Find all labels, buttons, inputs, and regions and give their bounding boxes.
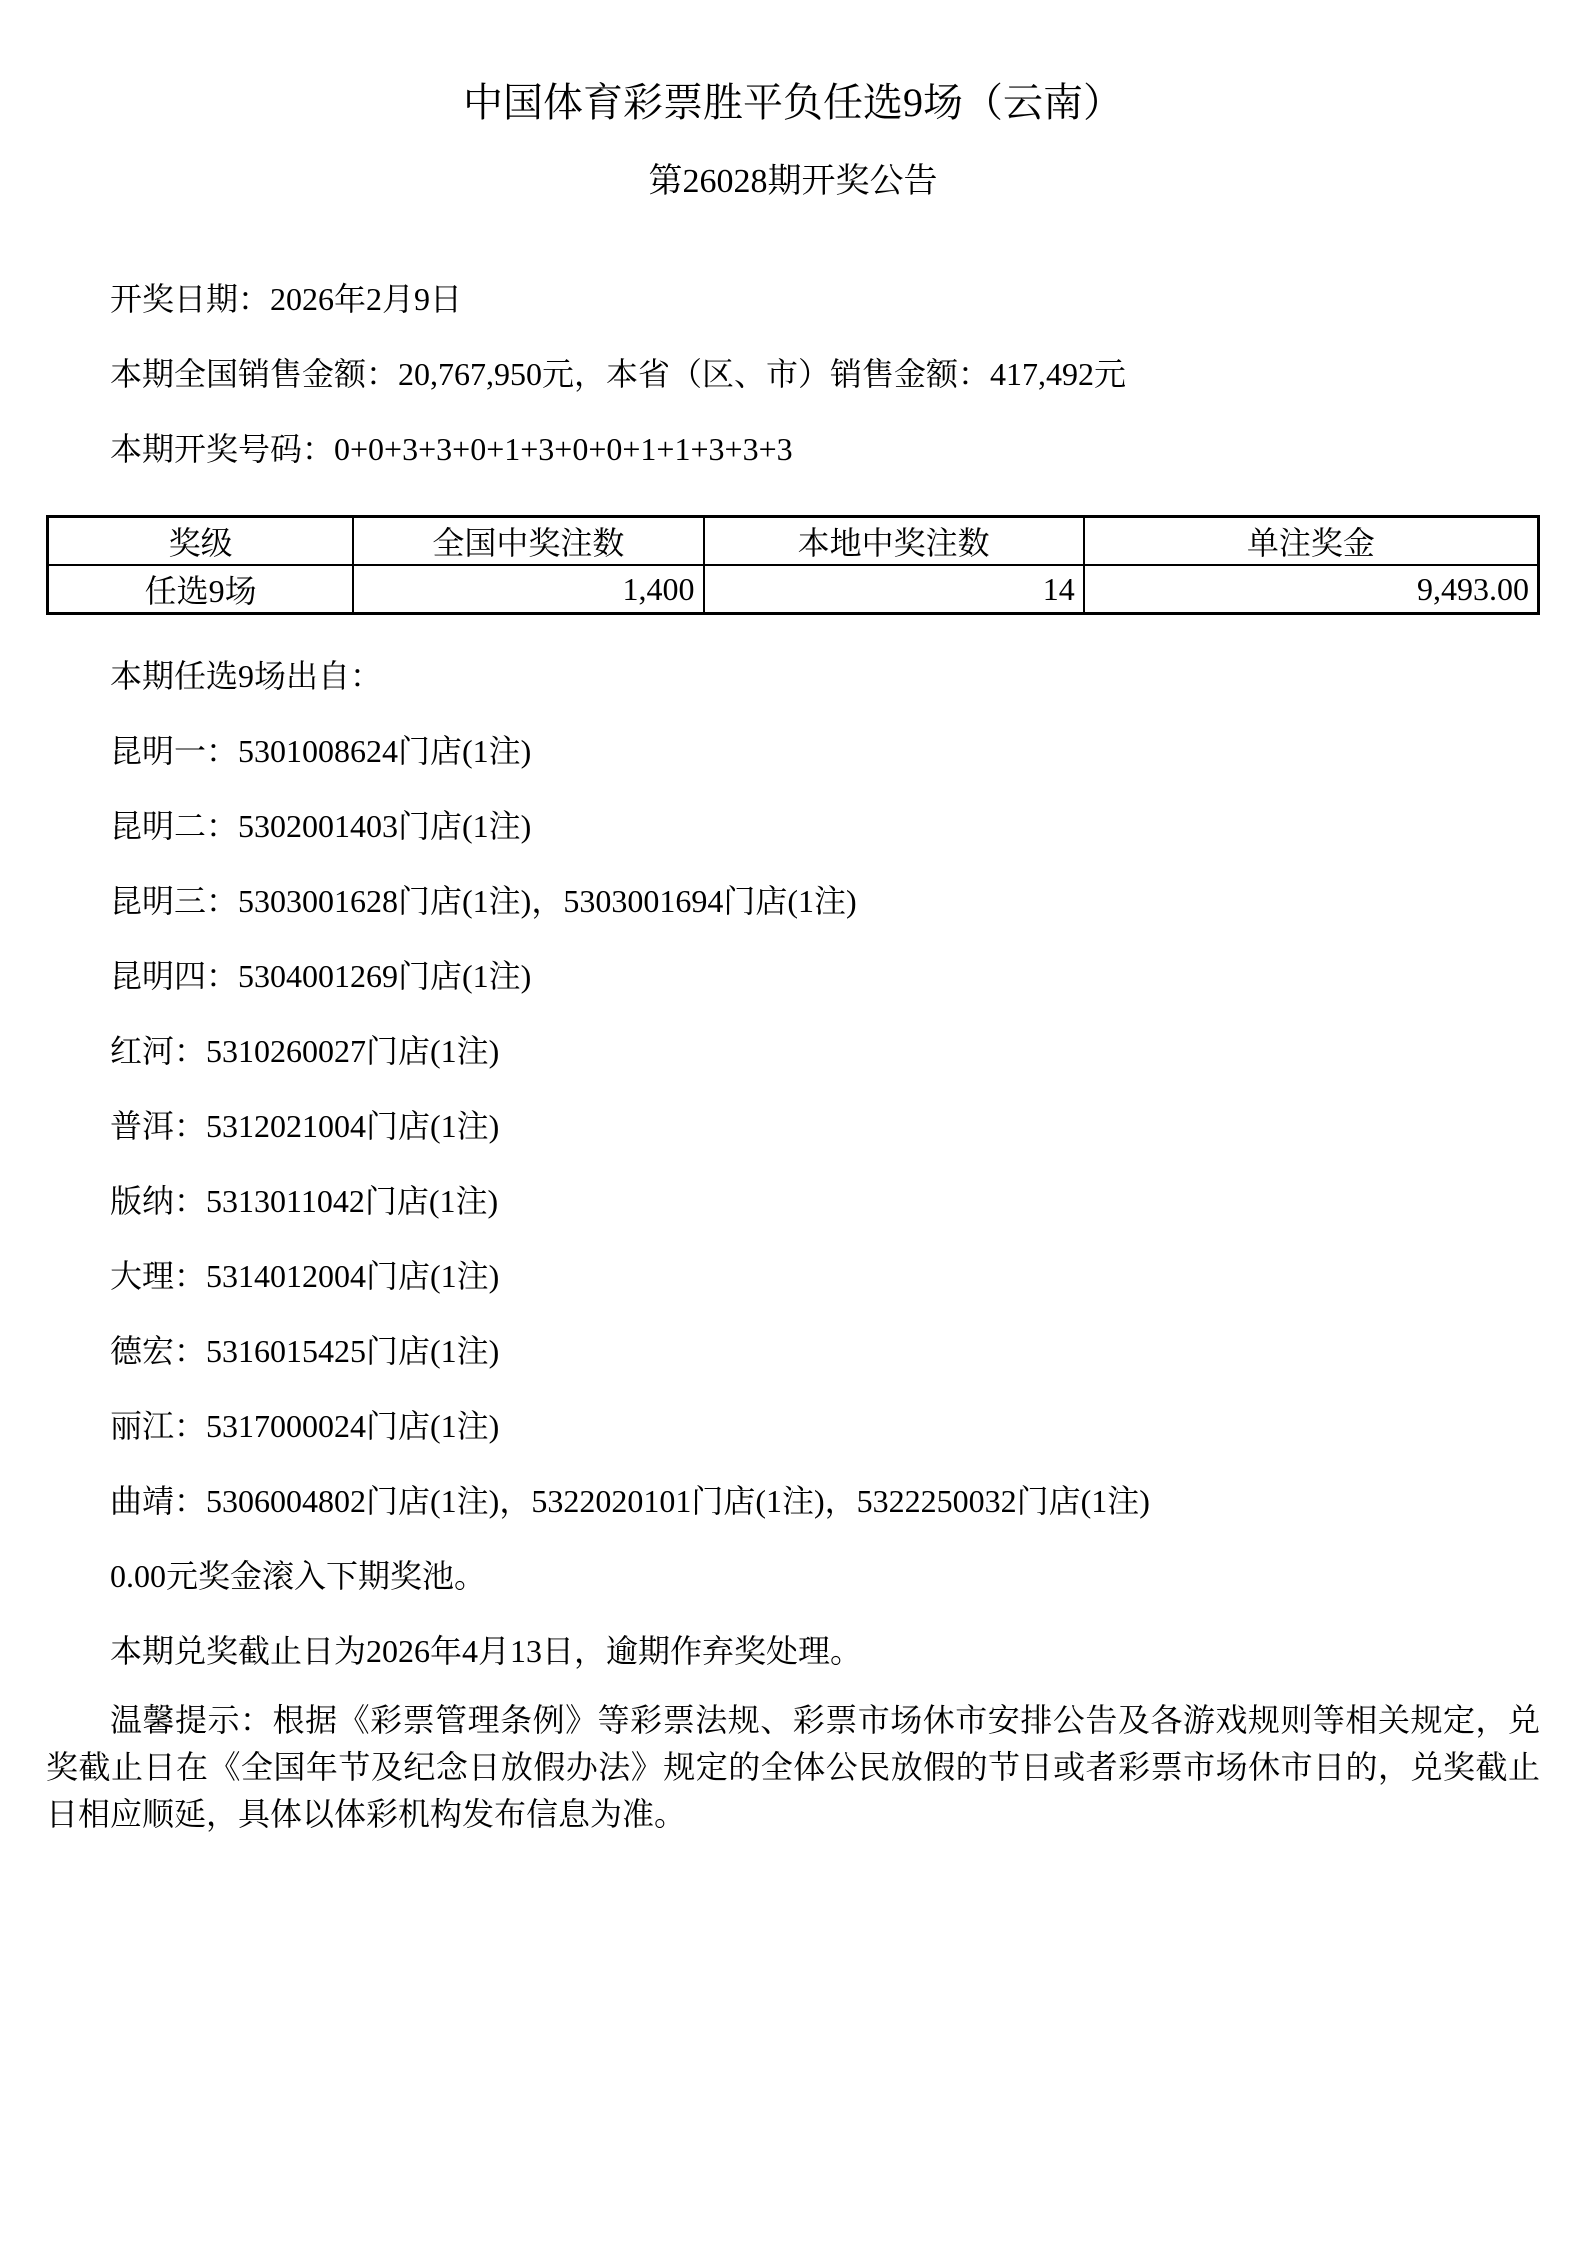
winner-line-honghe: 红河：5310260027门店(1注) <box>46 1014 1540 1089</box>
draw-date-line: 开奖日期：2026年2月9日 <box>46 262 1540 337</box>
prize-table-header-prize-amount: 单注奖金 <box>1084 517 1539 566</box>
prize-amount-cell: 9,493.00 <box>1084 565 1539 614</box>
national-count-cell: 1,400 <box>353 565 703 614</box>
prize-table-header-national-count: 全国中奖注数 <box>353 517 703 566</box>
winner-line-dehong: 德宏：5316015425门店(1注) <box>46 1314 1540 1389</box>
announcement-page: 中国体育彩票胜平负任选9场（云南） 第26028期开奖公告 开奖日期：2026年… <box>0 0 1586 2242</box>
notice-paragraph: 温馨提示：根据《彩票管理条例》等彩票法规、彩票市场休市安排公告及各游戏规则等相关… <box>46 1697 1540 1838</box>
winner-line-puer: 普洱：5312021004门店(1注) <box>46 1089 1540 1164</box>
sales-amount-line: 本期全国销售金额：20,767,950元，本省（区、市）销售金额：417,492… <box>46 337 1540 412</box>
winner-line-lijiang: 丽江：5317000024门店(1注) <box>46 1389 1540 1464</box>
winner-line-kunming4: 昆明四：5304001269门店(1注) <box>46 939 1540 1014</box>
page-title: 中国体育彩票胜平负任选9场（云南） <box>0 0 1586 127</box>
winners-intro-line: 本期任选9场出自： <box>46 639 1540 714</box>
draw-numbers-line: 本期开奖号码：0+0+3+3+0+1+3+0+0+1+1+3+3+3 <box>46 412 1540 487</box>
page-subtitle: 第26028期开奖公告 <box>0 162 1586 202</box>
prize-table: 奖级 全国中奖注数 本地中奖注数 单注奖金 任选9场 1,400 14 9,49… <box>46 515 1540 615</box>
winner-line-kunming3: 昆明三：5303001628门店(1注)，5303001694门店(1注) <box>46 864 1540 939</box>
prize-table-header-row: 奖级 全国中奖注数 本地中奖注数 单注奖金 <box>48 517 1539 566</box>
winner-line-kunming1: 昆明一：5301008624门店(1注) <box>46 714 1540 789</box>
prize-level-cell: 任选9场 <box>48 565 354 614</box>
winner-line-banna: 版纳：5313011042门店(1注) <box>46 1164 1540 1239</box>
local-count-cell: 14 <box>704 565 1084 614</box>
announcement-body: 开奖日期：2026年2月9日 本期全国销售金额：20,767,950元，本省（区… <box>46 262 1540 1838</box>
rollover-line: 0.00元奖金滚入下期奖池。 <box>46 1539 1540 1614</box>
winner-line-dali: 大理：5314012004门店(1注) <box>46 1239 1540 1314</box>
prize-table-header-local-count: 本地中奖注数 <box>704 517 1084 566</box>
prize-table-row: 任选9场 1,400 14 9,493.00 <box>48 565 1539 614</box>
deadline-line: 本期兑奖截止日为2026年4月13日，逾期作弃奖处理。 <box>46 1614 1540 1689</box>
winner-line-kunming2: 昆明二：5302001403门店(1注) <box>46 789 1540 864</box>
winner-line-qujing: 曲靖：5306004802门店(1注)，5322020101门店(1注)，532… <box>46 1464 1540 1539</box>
prize-table-header-level: 奖级 <box>48 517 354 566</box>
